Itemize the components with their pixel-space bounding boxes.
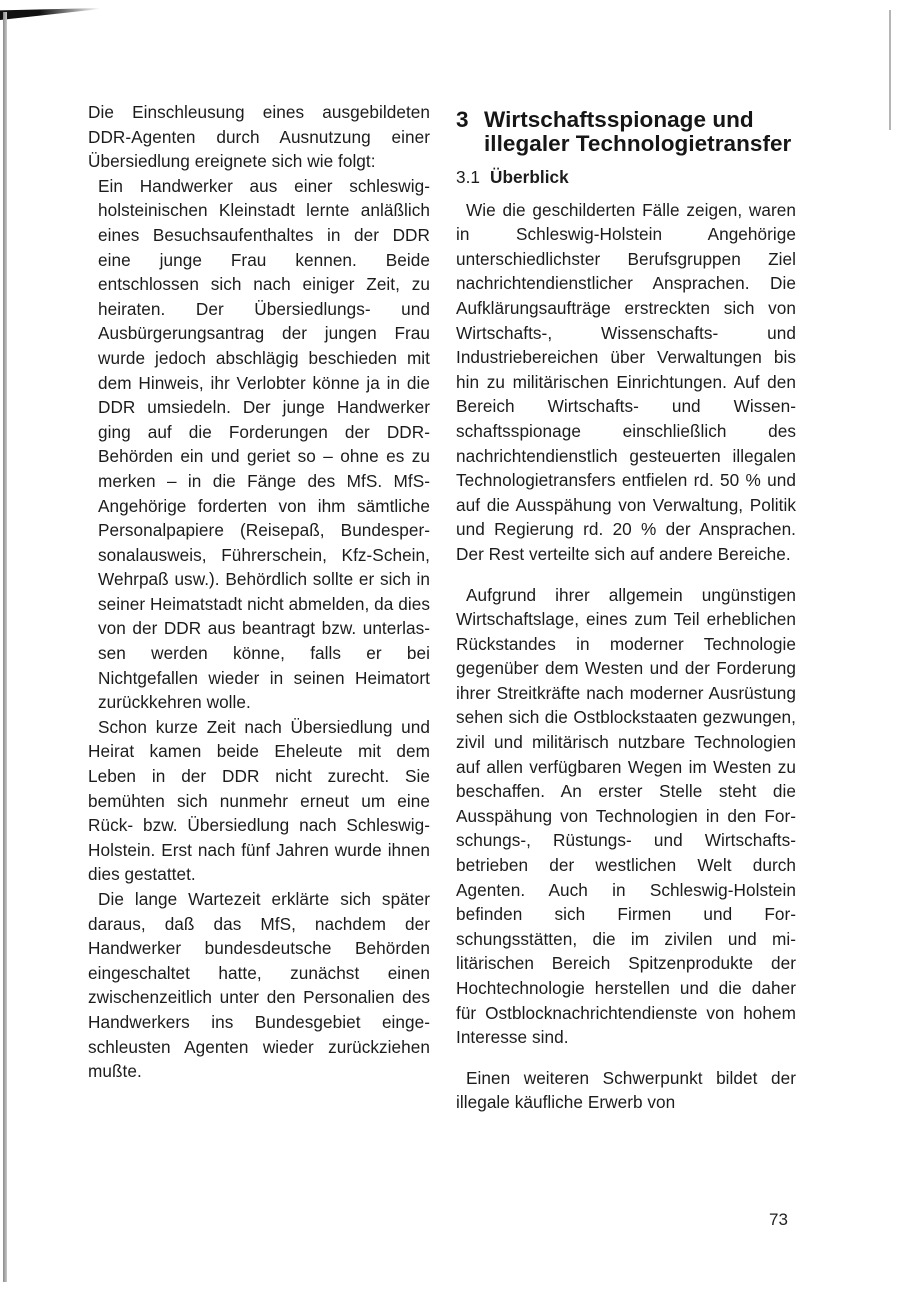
chapter-heading: 3 Wirtschaftsspionage und illegaler Tech…	[456, 108, 796, 155]
body-paragraph: Wie die geschilderten Fälle zeigen, ware…	[456, 198, 796, 567]
body-paragraph: Die lange Wartezeit erklärte sich später…	[88, 887, 430, 1084]
scan-shadow-corner	[0, 8, 100, 20]
body-paragraph: Aufgrund ihrer allgemein ungünsti­gen Wi…	[456, 583, 796, 1050]
body-paragraph: Die Einschleusung eines ausgebil­deten D…	[88, 100, 430, 174]
section-number: 3.1	[456, 165, 490, 190]
left-column: Die Einschleusung eines ausgebil­deten D…	[88, 100, 430, 1084]
scan-edge-right	[889, 10, 891, 130]
scan-edge-left	[3, 12, 7, 1282]
right-column: 3 Wirtschaftsspionage und illegaler Tech…	[456, 100, 796, 1115]
section-heading: 3.1 Überblick	[456, 165, 796, 190]
section-title: Überblick	[490, 165, 569, 190]
body-paragraph: Einen weiteren Schwerpunkt bildet der il…	[456, 1066, 796, 1115]
body-paragraph: Schon kurze Zeit nach Übersied­lung und …	[88, 715, 430, 887]
body-paragraph: Ein Handwerker aus einer schles­wig-hols…	[88, 174, 430, 715]
chapter-number: 3	[456, 108, 484, 155]
page-number: 73	[769, 1210, 788, 1230]
chapter-title: Wirtschaftsspionage und illegaler Techno…	[484, 108, 796, 155]
